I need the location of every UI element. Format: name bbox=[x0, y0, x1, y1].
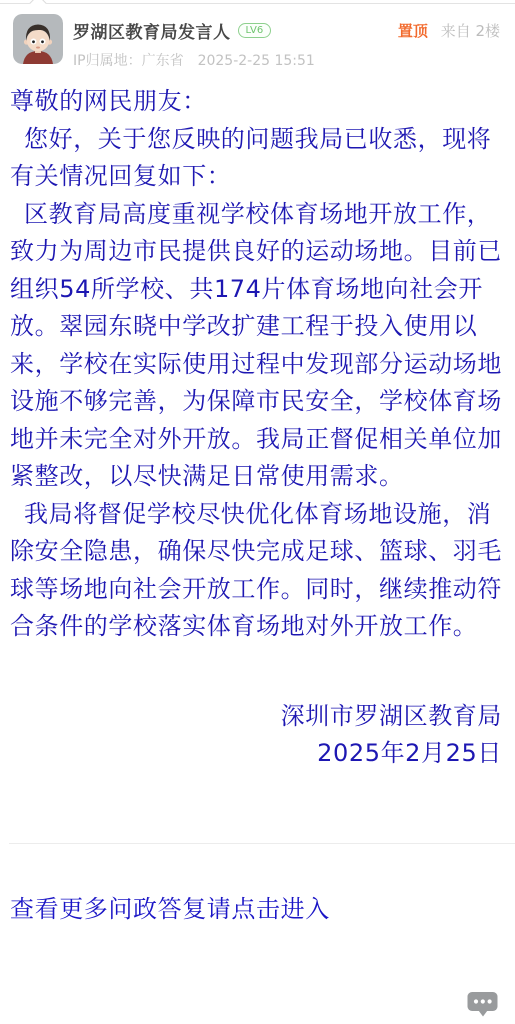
comment-button[interactable] bbox=[466, 990, 500, 1018]
chat-bubble-icon bbox=[466, 1003, 500, 1022]
floor-label: 来自 2楼 bbox=[441, 22, 500, 40]
signature-block: 深圳市罗湖区教育局 2025年2月25日 bbox=[10, 698, 505, 773]
level-badge: LV6 bbox=[238, 23, 272, 38]
signature-org: 深圳市罗湖区教育局 bbox=[10, 698, 502, 736]
post-header: 罗湖区教育局发言人 LV6 IP归属地：广东省2025-2-25 15:51 置… bbox=[13, 14, 500, 70]
paragraph: 您好，关于您反映的问题我局已收悉，现将有关情况回复如下： bbox=[10, 121, 505, 196]
boy-avatar-icon bbox=[13, 49, 63, 64]
divider bbox=[9, 843, 515, 844]
ip-location: IP归属地：广东省 bbox=[73, 53, 184, 69]
paragraph: 区教育局高度重视学校体育场地开放工作，致力为周边市民提供良好的运动场地。目前已组… bbox=[10, 196, 505, 496]
signature-date: 2025年2月25日 bbox=[10, 735, 502, 773]
paragraph: 我局将督促学校尽快优化体育场地设施，消除安全隐患，确保尽快完成足球、篮球、羽毛球… bbox=[10, 496, 505, 646]
post-meta: IP归属地：广东省2025-2-25 15:51 bbox=[73, 50, 398, 70]
card-top-border bbox=[0, 3, 515, 4]
pinned-badge: 置顶 bbox=[398, 22, 428, 40]
bubble-notch bbox=[30, 0, 47, 11]
more-replies-link[interactable]: 查看更多问政答复请点击进入 bbox=[10, 889, 330, 924]
post-body: 尊敬的网民朋友： 您好，关于您反映的问题我局已收悉，现将有关情况回复如下： 区教… bbox=[10, 83, 505, 773]
user-avatar[interactable] bbox=[13, 14, 63, 64]
user-block: 罗湖区教育局发言人 LV6 IP归属地：广东省2025-2-25 15:51 bbox=[73, 14, 398, 70]
timestamp: 2025-2-25 15:51 bbox=[198, 53, 315, 69]
paragraph: 尊敬的网民朋友： bbox=[10, 83, 505, 121]
username[interactable]: 罗湖区教育局发言人 bbox=[73, 18, 231, 43]
header-right: 置顶 来自 2楼 bbox=[398, 14, 500, 41]
